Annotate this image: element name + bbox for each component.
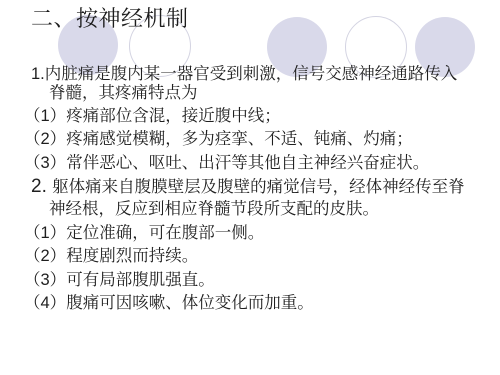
slide-title: 二、按神经机制 <box>31 6 189 34</box>
section-2-line-2: 神经根，反应到相应脊髓节段所支配的皮肤。 <box>49 199 379 219</box>
section-1-item-2: （2）疼痛感觉模糊，多为痉挛、不适、钝痛、灼痛； <box>24 129 413 149</box>
section-2-text-line-2: 神经根，反应到相应脊髓节段所支配的皮肤。 <box>49 199 379 218</box>
slide: 二、按神经机制 1.内脏痛是腹内某一器官受到刺激，信号交感神经通路传入 脊髓，其… <box>0 0 500 375</box>
section-1-item-3: （3）常伴恶心、呕吐、出汗等其他自主神经兴奋症状。 <box>24 153 429 173</box>
section-2-item-3: （3）可有局部腹肌强直。 <box>24 270 215 290</box>
item-marker: （4） <box>24 294 66 312</box>
item-marker: （2） <box>24 247 66 265</box>
item-text: 常伴恶心、呕吐、出汗等其他自主神经兴奋症状。 <box>66 153 429 172</box>
item-marker: （1） <box>24 224 66 242</box>
section-1-line-2: 脊髓，其疼痛特点为 <box>49 83 198 103</box>
item-text: 腹痛可因咳嗽、体位变化而加重。 <box>66 293 314 312</box>
section-1-text-line-2: 脊髓，其疼痛特点为 <box>49 83 198 102</box>
section-2-item-4: （4）腹痛可因咳嗽、体位变化而加重。 <box>24 293 314 313</box>
item-text: 疼痛部位含混，接近腹中线； <box>66 106 281 125</box>
section-1-text-line-1: 内脏痛是腹内某一器官受到刺激，信号交感神经通路传入 <box>45 64 458 83</box>
item-text: 程度剧烈而持续。 <box>66 246 198 265</box>
section-1-item-1: （1）疼痛部位含混，接近腹中线； <box>24 106 281 126</box>
item-text: 疼痛感觉模糊，多为痉挛、不适、钝痛、灼痛； <box>66 129 413 148</box>
section-1-number: 1. <box>31 65 45 83</box>
section-2-line-1: 2. 躯体痛来自腹膜壁层及腹壁的痛觉信号，经体神经传至脊 <box>31 177 465 197</box>
section-2-item-1: （1）定位准确，可在腹部一侧。 <box>24 223 264 243</box>
item-text: 可有局部腹肌强直。 <box>66 270 215 289</box>
item-marker: （1） <box>24 107 66 125</box>
section-2-item-2: （2）程度剧烈而持续。 <box>24 246 198 266</box>
item-marker: （2） <box>24 130 66 148</box>
item-marker: （3） <box>24 154 66 172</box>
section-2-number: 2. <box>31 176 47 197</box>
section-2-text-line-1: 躯体痛来自腹膜壁层及腹壁的痛觉信号，经体神经传至脊 <box>52 177 465 196</box>
section-1-line-1: 1.内脏痛是腹内某一器官受到刺激，信号交感神经通路传入 <box>31 64 457 84</box>
item-text: 定位准确，可在腹部一侧。 <box>66 223 264 242</box>
item-marker: （3） <box>24 271 66 289</box>
